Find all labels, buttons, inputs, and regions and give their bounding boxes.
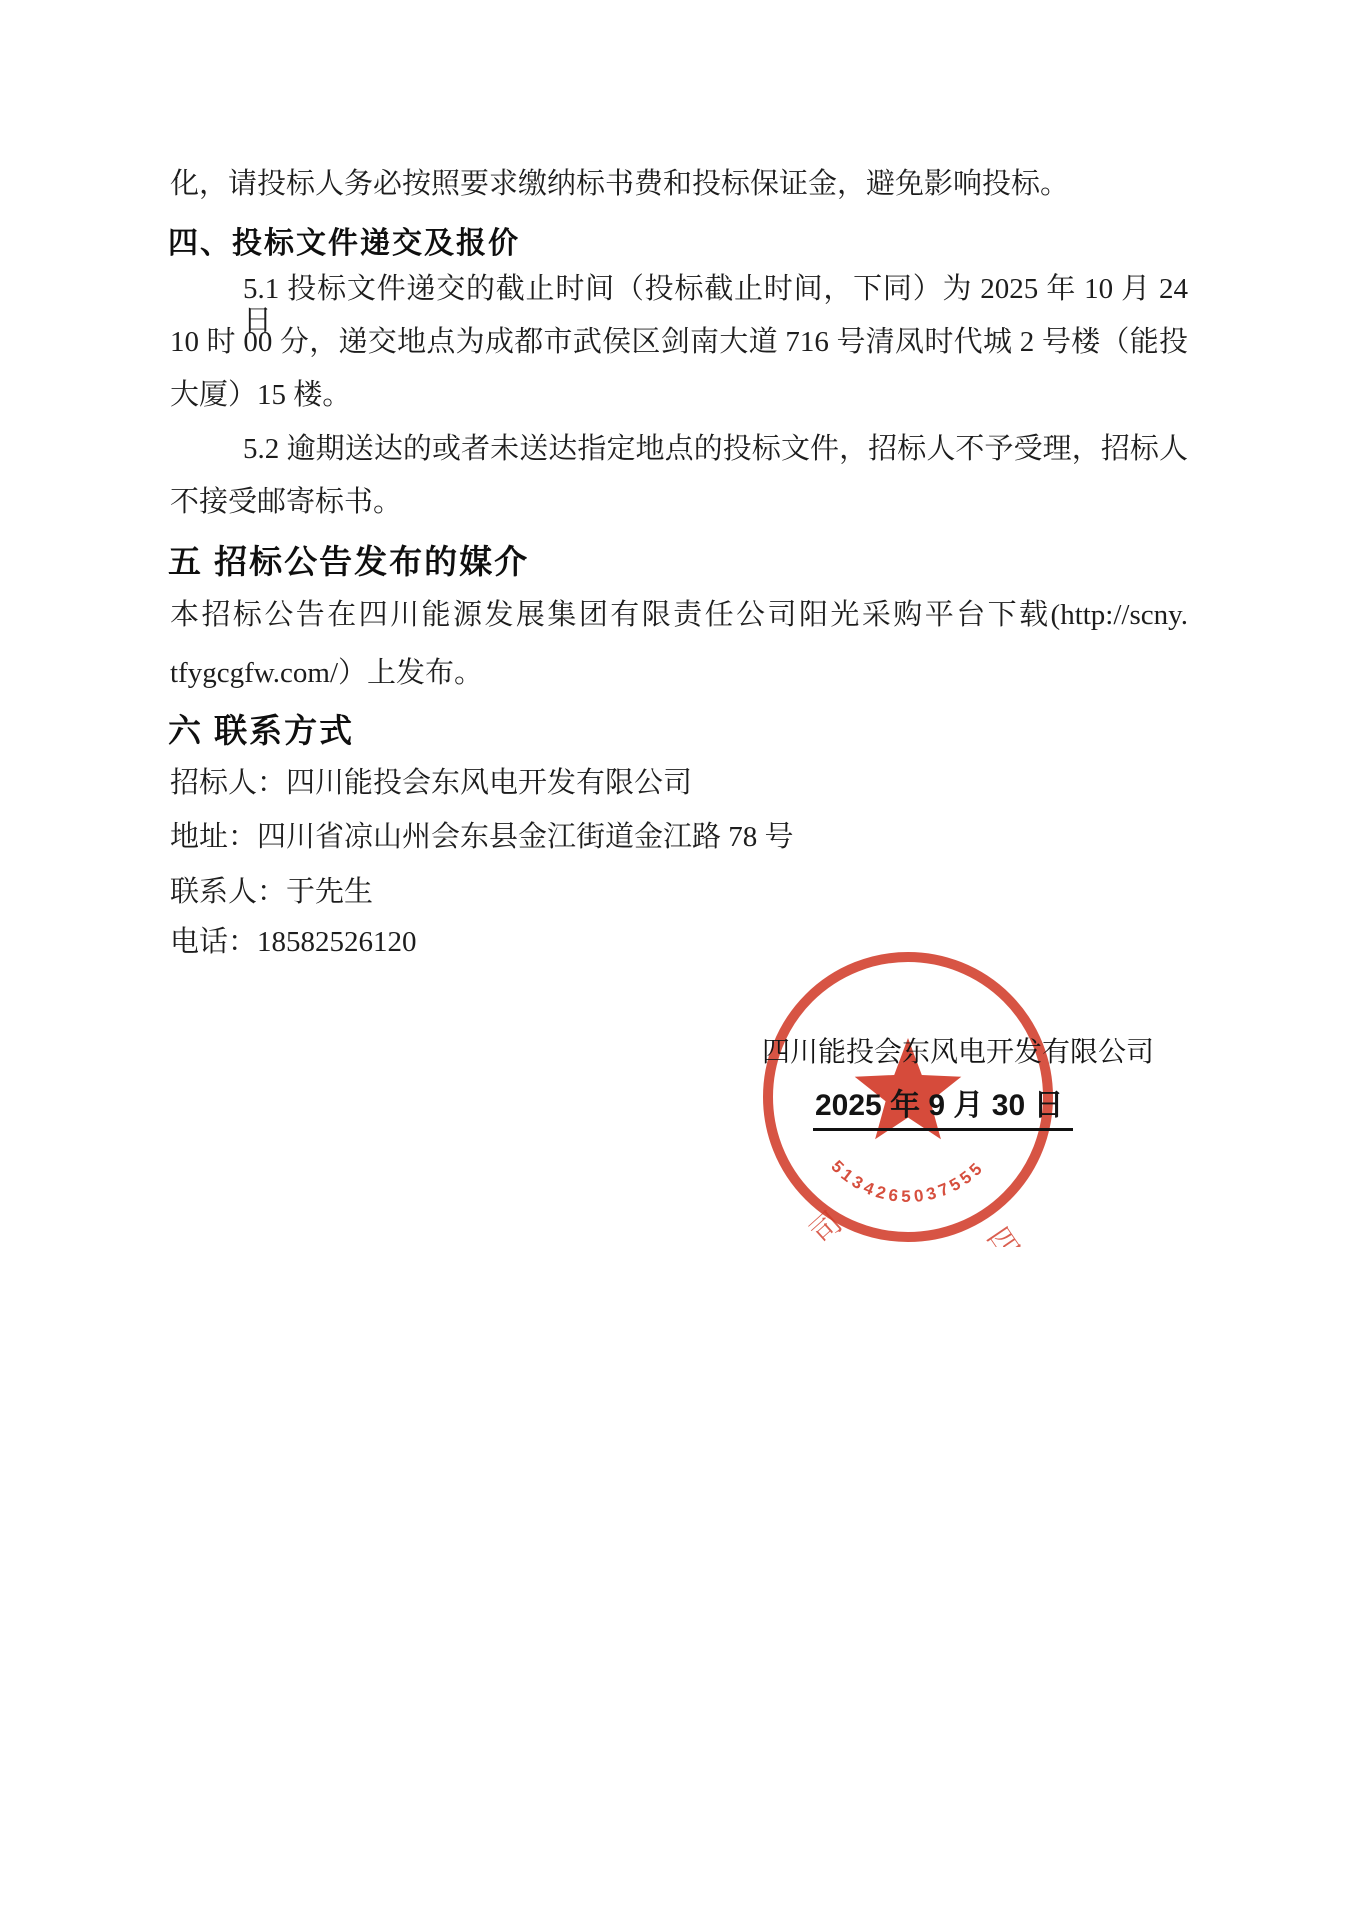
contact-person-line: 联系人：于先生 (170, 876, 1188, 908)
paragraph-5-1-line: 10 时 00 分，递交地点为成都市武侯区剑南大道 716 号清凤时代城 2 号… (170, 326, 1188, 358)
seal-digits-arc-text: 5134265037555 (827, 1157, 988, 1206)
signature-company-name: 四川能投会东风电开发有限公司 (762, 1030, 1154, 1070)
intro-continuation-line: 化，请投标人务必按照要求缴纳标书费和投标保证金，避免影响投标。 (170, 168, 1188, 200)
section5-heading: 五 招标公告发布的媒介 (168, 536, 529, 583)
section5-body-line: tfygcgfw.com/）上发布。 (170, 657, 1188, 689)
paragraph-5-2-line: 不接受邮寄标书。 (170, 486, 1188, 518)
contact-address-line: 地址：四川省凉山州会东县金江街道金江路 78 号 (170, 821, 1188, 853)
section6-heading: 六 联系方式 (168, 705, 354, 752)
signature-date-text: 2025 年 9 月 30 日 (813, 1080, 1073, 1131)
document-page: 化，请投标人务必按照要求缴纳标书费和投标保证金，避免影响投标。 四、投标文件递交… (0, 0, 1357, 1920)
paragraph-5-1-line: 大厦）15 楼。 (170, 379, 1188, 411)
contact-tenderer-line: 招标人：四川能投会东风电开发有限公司 (170, 767, 1188, 799)
section4-heading: 四、投标文件递交及报价 (168, 218, 520, 262)
section5-body-line: 本招标公告在四川能源发展集团有限责任公司阳光采购平台下载(http://scny… (170, 599, 1188, 631)
signature-date-line: 2025 年 9 月 30 日 (813, 1080, 1073, 1131)
paragraph-5-2-line: 5.2 逾期送达的或者未送达指定地点的投标文件，招标人不予受理，招标人 (243, 433, 1188, 465)
